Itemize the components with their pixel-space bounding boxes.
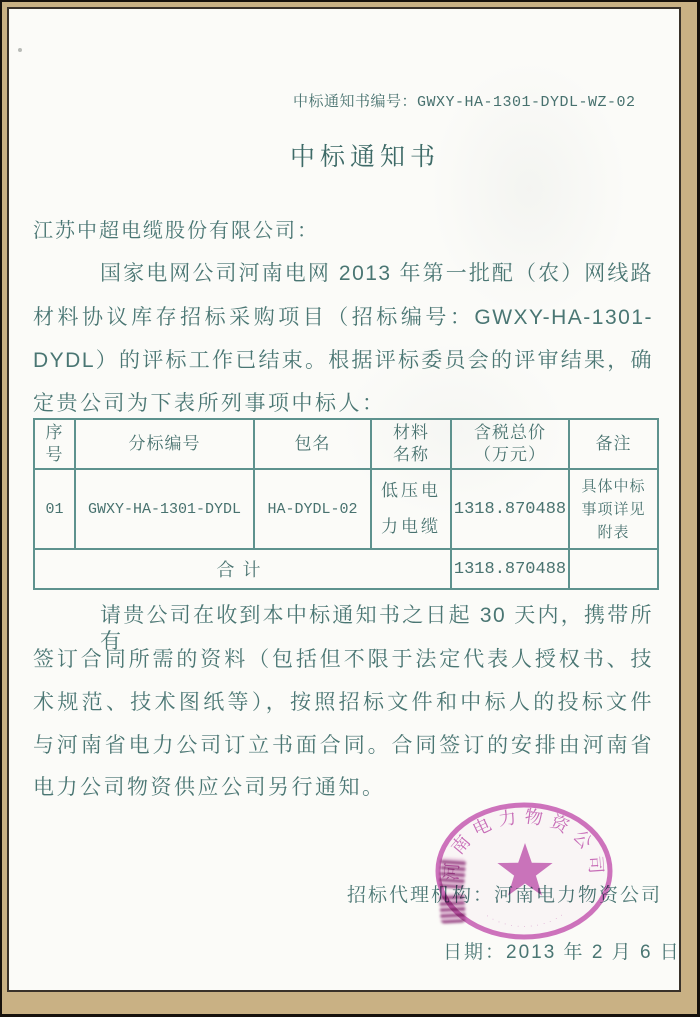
header-material: 材料名称 xyxy=(371,419,451,469)
doc-number-line: 中标通知书编号：GWXY-HA-1301-DYDL-WZ-02 xyxy=(293,90,636,111)
package-cell: HA-DYDL-02 xyxy=(254,469,371,549)
header-price: 含税总价（万元） xyxy=(451,419,569,469)
section-code-cell: GWXY-HA-1301-DYDL xyxy=(75,469,254,549)
seq-cell: 01 xyxy=(34,469,75,549)
table-total-row: 合计 1318.870488 xyxy=(34,549,658,589)
document-page: 中标通知书编号：GWXY-HA-1301-DYDL-WZ-02 中标通知书 江苏… xyxy=(7,7,681,992)
body-line: DYDL）的评标工作已结束。根据评标委员会的评审结果，确 xyxy=(33,348,653,374)
salutation-line: 江苏中超电缆股份有限公司： xyxy=(33,218,319,244)
total-label-cell: 合计 xyxy=(34,549,451,589)
total-note-cell xyxy=(569,549,658,589)
body-line: 术规范、技术图纸等），按照招标文件和中标人的投标文件 xyxy=(33,690,653,716)
scan-frame: 中标通知书编号：GWXY-HA-1301-DYDL-WZ-02 中标通知书 江苏… xyxy=(2,2,697,1014)
price-cell: 1318.870488 xyxy=(451,469,569,549)
scanned-document-screen: 中标通知书编号：GWXY-HA-1301-DYDL-WZ-02 中标通知书 江苏… xyxy=(0,0,700,1017)
award-table: 序号 分标编号 包名 材料名称 含税总价（万元） 备注 01 GWXY-HA-1… xyxy=(33,418,659,590)
header-package: 包名 xyxy=(254,419,371,469)
table-header-row: 序号 分标编号 包名 材料名称 含税总价（万元） 备注 xyxy=(34,419,658,469)
note-cell: 具体中标事项详见附表 xyxy=(569,469,658,549)
material-cell: 低压电力电缆 xyxy=(371,469,451,549)
header-note: 备注 xyxy=(569,419,658,469)
body-line: 签订合同所需的资料（包括但不限于法定代表人授权书、技 xyxy=(33,647,653,673)
header-section-code: 分标编号 xyxy=(75,419,254,469)
seal-double-strike-smudge xyxy=(439,892,466,923)
body-line: 国家电网公司河南电网 2013 年第一批配（农）网线路 xyxy=(100,261,653,287)
header-seq: 序号 xyxy=(34,419,75,469)
total-price-cell: 1318.870488 xyxy=(451,549,569,589)
scan-speck xyxy=(18,48,22,52)
body-line: 电力公司物资供应公司另行通知。 xyxy=(33,775,386,801)
seal-double-strike-smudge xyxy=(439,857,466,889)
body-line: 与河南省电力公司订立书面合同。合同签订的安排由河南省 xyxy=(33,733,653,759)
table-row: 01 GWXY-HA-1301-DYDL HA-DYDL-02 低压电力电缆 1… xyxy=(34,469,658,549)
body-line: 材料协议库存招标采购项目（招标编号：GWXY-HA-1301- xyxy=(33,305,653,331)
page-title: 中标通知书 xyxy=(290,137,440,173)
body-line: 定贵公司为下表所列事项中标人： xyxy=(33,391,386,417)
